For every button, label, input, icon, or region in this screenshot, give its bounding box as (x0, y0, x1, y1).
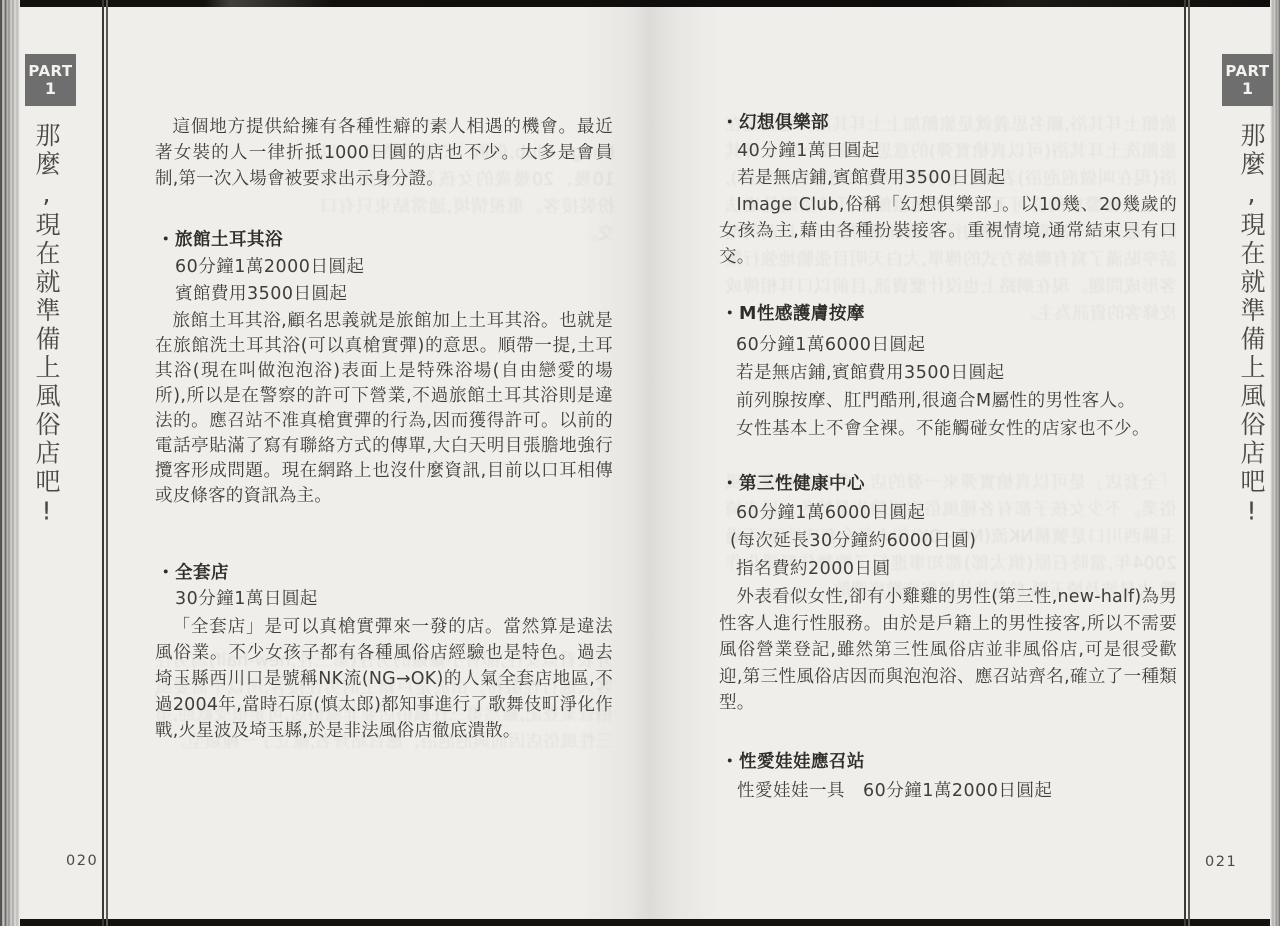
section-body: 旅館土耳其浴,顧名思義就是旅館加上土耳其浴。也就是在旅館洗土耳其浴(可以真槍實彈… (155, 309, 613, 509)
scan-border-top (0, 0, 1280, 7)
page-number: 020 (66, 853, 98, 869)
section-title: ・全套店 (157, 559, 229, 584)
part-badge: PART 1 (25, 54, 76, 106)
intro-paragraph: 這個地方提供給擁有各種性癖的素人相遇的機會。最近著女裝的人一律折抵1000日圓的… (155, 114, 613, 192)
price-line: 60分鐘1萬6000日圓起 (736, 499, 925, 524)
crease-line (1188, 0, 1190, 926)
section-title: ・第三性健康中心 (721, 470, 865, 495)
section-title: ・M性感護膚按摩 (721, 300, 865, 325)
price-line: 60分鐘1萬2000日圓起 (175, 253, 364, 278)
part-number: 1 (1222, 79, 1273, 98)
section-body: Image Club,俗稱「幻想俱樂部」。以10幾、20幾歲的女孩為主,藉由各種… (719, 192, 1177, 270)
price-line: 30分鐘1萬日圓起 (175, 585, 318, 610)
crease-line (1184, 0, 1186, 926)
part-label: PART (1222, 64, 1273, 79)
description-line: 女性基本上不會全裸。不能觸碰女性的店家也不少。 (736, 415, 1150, 440)
part-number: 1 (25, 79, 76, 98)
price-line: 60分鐘1萬6000日圓起 (736, 331, 925, 356)
page-edge-stripes-right (1270, 0, 1280, 926)
section-body: 外表看似女性,卻有小雞雞的男性(第三性,new-half)為男性客人進行性服務。… (719, 584, 1177, 717)
section-title: ・幻想俱樂部 (721, 109, 829, 134)
price-line: 40分鐘1萬日圓起 (737, 137, 880, 162)
part-badge: PART 1 (1222, 54, 1273, 106)
price-line: 指名費約2000日圓 (736, 555, 891, 580)
chapter-title-vertical: 那麼,現在就準備上風俗店吧! (28, 122, 64, 529)
section-body: 「全套店」是可以真槍實彈來一發的店。當然算是違法風俗業。不少女孩子都有各種風俗店… (155, 614, 613, 744)
section-title: ・旅館土耳其浴 (157, 226, 283, 251)
scan-border-bottom (0, 919, 1280, 926)
crease-line (102, 0, 104, 926)
chapter-title-vertical: 那麼,現在就準備上風俗店吧! (1233, 122, 1269, 529)
section-title: ・性愛娃娃應召站 (721, 748, 865, 773)
price-line: (每次延長30分鐘約6000日圓) (730, 527, 976, 552)
price-line: 若是無店鋪,賓館費用3500日圓起 (737, 164, 1006, 189)
part-label: PART (25, 64, 76, 79)
price-line: 賓館費用3500日圓起 (175, 280, 348, 305)
page-number: 021 (1205, 854, 1237, 870)
crease-line (106, 0, 108, 926)
description-line: 前列腺按摩、肛門酷刑,很適合M屬性的男性客人。 (736, 387, 1136, 412)
price-line: 性愛娃娃一具 60分鐘1萬2000日圓起 (737, 777, 1052, 802)
book-spread-scan: { "colors":{"paper":"#efeeeb","ink":"#45… (0, 0, 1280, 926)
price-line: 若是無店鋪,賓館費用3500日圓起 (736, 359, 1005, 384)
page-edge-stripes-left (0, 0, 20, 926)
